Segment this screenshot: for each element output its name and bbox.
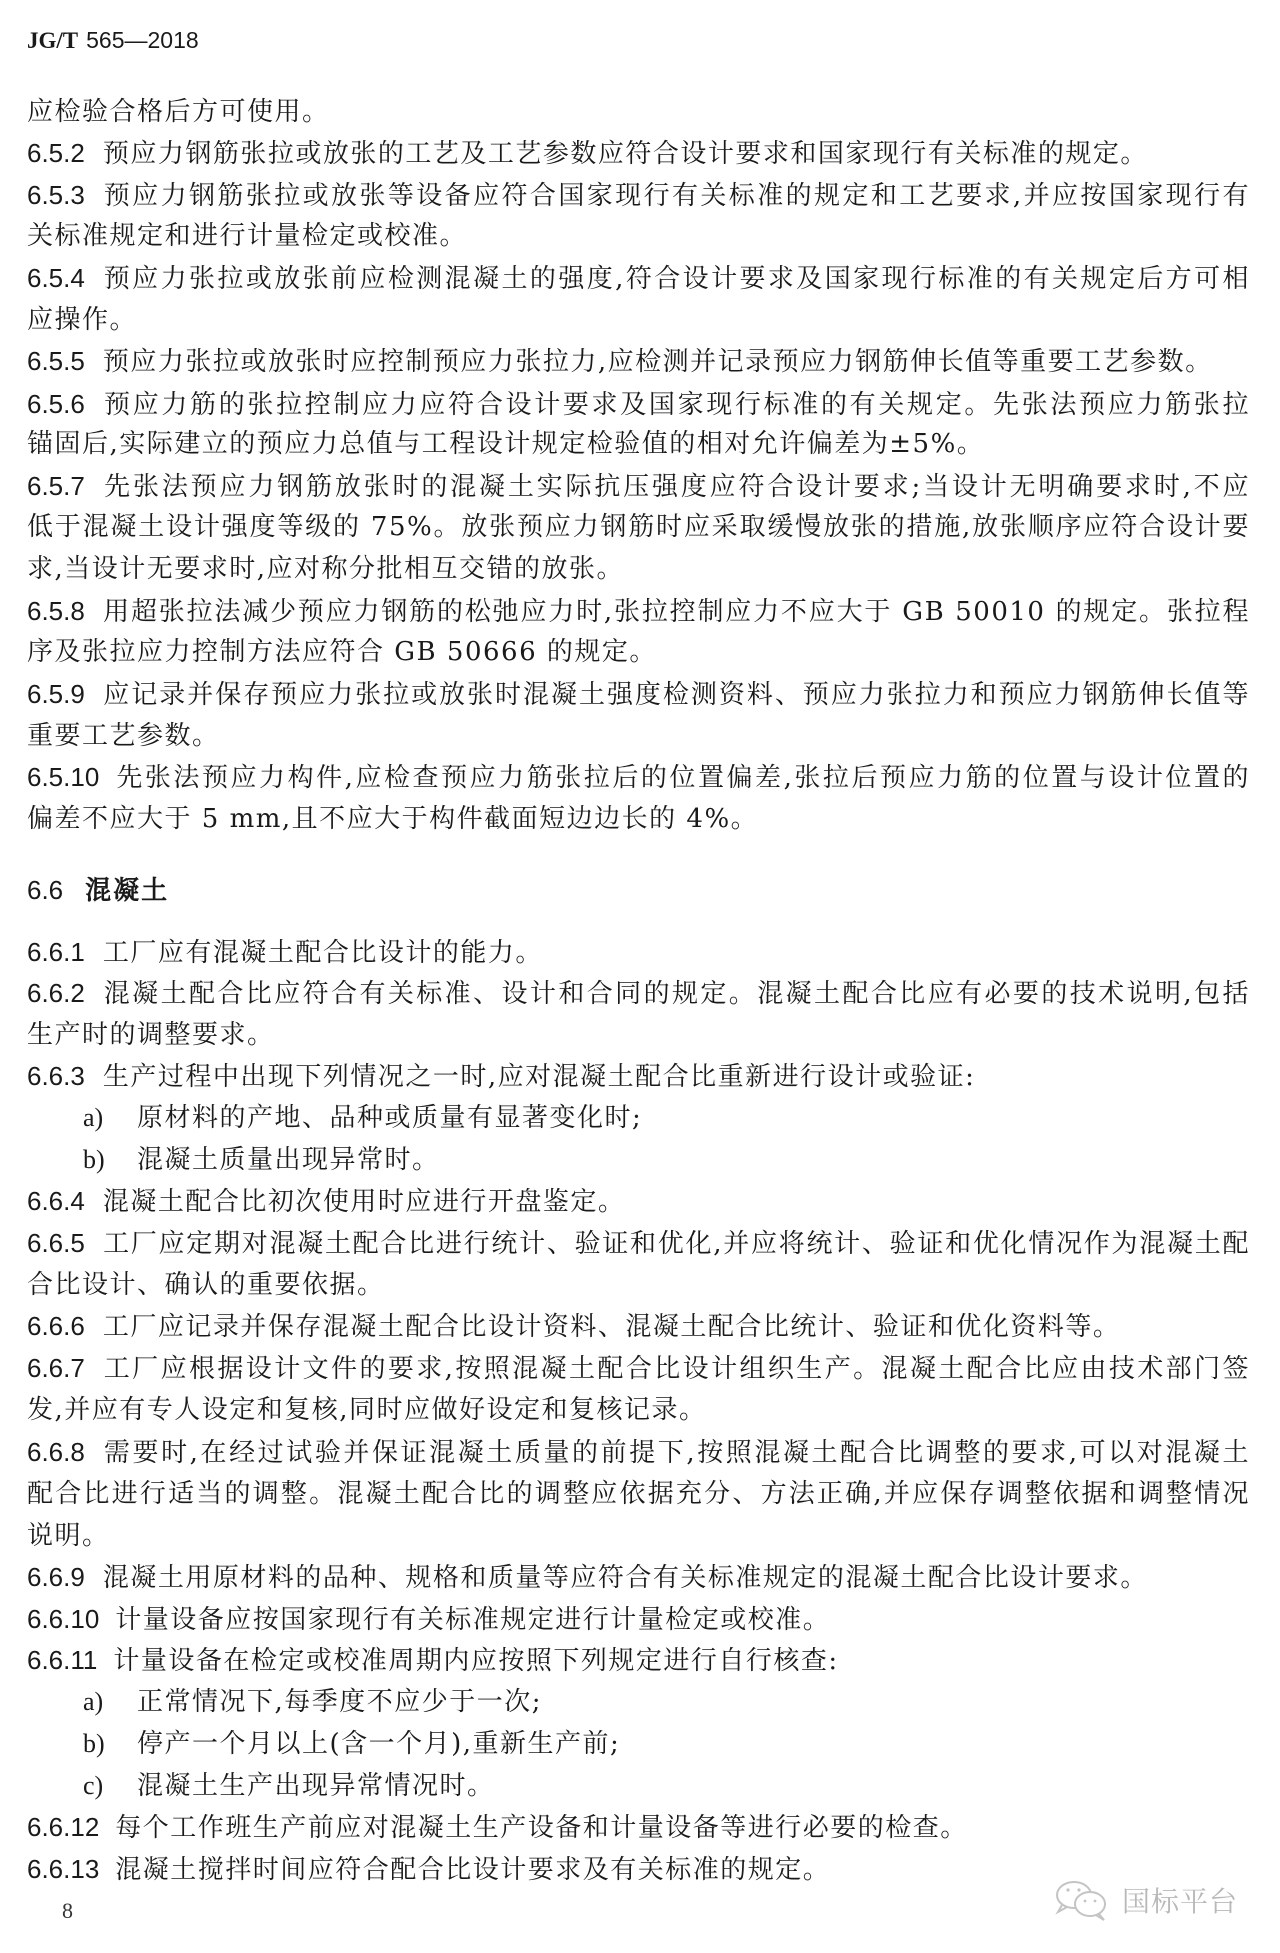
list-item-6-6-3-a: a)原材料的产地、品种或质量有显著变化时; (83, 1098, 642, 1138)
clause-number: 6.6.2 (27, 973, 85, 1013)
clause-text: 工厂应定期对混凝土配合比进行统计、验证和优化,并应将统计、验证和优化情况作为混凝… (103, 1229, 1250, 1259)
clause-number: 6.6.10 (27, 1599, 99, 1639)
clause-6-5-9: 6.5.9应记录并保存预应力张拉或放张时混凝土强度检测资料、预应力张拉力和预应力… (27, 674, 1250, 714)
clause-6-6-6: 6.6.6工厂应记录并保存混凝土配合比设计资料、混凝土配合比统计、验证和优化资料… (27, 1306, 1250, 1346)
clause-text: 工厂应有混凝土配合比设计的能力。 (103, 938, 543, 968)
section-heading-6-6: 6.6混凝土 (27, 870, 169, 911)
clause-text: 先张法预应力钢筋放张时的混凝土实际抗压强度应符合设计要求;当设计无明确要求时,不… (103, 472, 1250, 502)
clause-6-6-11: 6.6.11计量设备在检定或校准周期内应按照下列规定进行自行核查: (27, 1640, 1250, 1680)
clause-number: 6.5.4 (27, 258, 85, 298)
clause-number: 6.6.3 (27, 1056, 85, 1096)
list-item-6-6-11-c: c)混凝土生产出现异常情况时。 (83, 1766, 495, 1806)
clause-text: 配合比进行适当的调整。混凝土配合比的调整应依据充分、方法正确,并应保存调整依据和… (27, 1479, 1250, 1509)
section-title: 混凝土 (85, 876, 169, 906)
clause-number: 6.5.8 (27, 591, 85, 631)
list-marker: c) (83, 1766, 137, 1806)
clause-text: 预应力张拉或放张时应控制预应力张拉力,应检测并记录预应力钢筋伸长值等重要工艺参数… (103, 347, 1213, 377)
list-marker: a) (83, 1098, 137, 1138)
clause-number: 6.5.7 (27, 466, 85, 506)
clause-6-5-4-cont: 应操作。 (27, 300, 1250, 340)
clause-text: 合比设计、确认的重要依据。 (27, 1270, 385, 1300)
clause-text: 重要工艺参数。 (27, 721, 220, 751)
list-item-text: 原材料的产地、品种或质量有显著变化时; (137, 1103, 642, 1133)
clause-6-6-8-cont1: 配合比进行适当的调整。混凝土配合比的调整应依据充分、方法正确,并应保存调整依据和… (27, 1474, 1250, 1514)
list-item-text: 停产一个月以上(含一个月),重新生产前; (137, 1729, 620, 1759)
list-marker: b) (83, 1140, 137, 1180)
list-item-text: 混凝土质量出现异常时。 (137, 1145, 440, 1175)
list-item-text: 正常情况下,每季度不应少于一次; (137, 1687, 542, 1717)
clause-number: 6.6.7 (27, 1348, 85, 1388)
clause-number: 6.5.10 (27, 757, 99, 797)
section-number: 6.6 (27, 870, 63, 910)
clause-text: 混凝土搅拌时间应符合配合比设计要求及有关标准的规定。 (115, 1855, 830, 1885)
clause-6-5-6: 6.5.6预应力筋的张拉控制应力应符合设计要求及国家现行标准的有关规定。先张法预… (27, 384, 1250, 424)
clause-6-5-3-cont: 关标准规定和进行计量检定或校准。 (27, 216, 1250, 256)
clause-6-6-7-cont: 发,并应有专人设定和复核,同时应做好设定和复核记录。 (27, 1390, 1250, 1430)
clause-text: 偏差不应大于 5 mm,且不应大于构件截面短边边长的 4%。 (27, 804, 758, 834)
clause-number: 6.6.9 (27, 1557, 85, 1597)
line-text: 应检验合格后方可使用。 (27, 97, 330, 127)
clause-text: 求,当设计无要求时,应对称分批相互交错的放张。 (27, 554, 624, 584)
paragraph-line: 应检验合格后方可使用。 (27, 92, 1250, 132)
clause-number: 6.5.2 (27, 133, 85, 173)
clause-6-5-7: 6.5.7先张法预应力钢筋放张时的混凝土实际抗压强度应符合设计要求;当设计无明确… (27, 466, 1250, 506)
clause-text: 锚固后,实际建立的预应力总值与工程设计规定检验值的相对允许偏差为±5%。 (27, 429, 984, 459)
clause-6-6-4: 6.6.4混凝土配合比初次使用时应进行开盘鉴定。 (27, 1181, 1250, 1221)
clause-text: 预应力筋的张拉控制应力应符合设计要求及国家现行标准的有关规定。先张法预应力筋张拉 (103, 390, 1250, 420)
clause-text: 关标准规定和进行计量检定或校准。 (27, 221, 467, 251)
clause-text: 预应力张拉或放张前应检测混凝土的强度,符合设计要求及国家现行标准的有关规定后方可… (103, 264, 1250, 294)
clause-text: 应记录并保存预应力张拉或放张时混凝土强度检测资料、预应力张拉力和预应力钢筋伸长值… (103, 680, 1250, 710)
clause-number: 6.6.1 (27, 932, 85, 972)
standard-code: JG/T (27, 28, 78, 53)
page-number: 8 (62, 1896, 73, 1926)
clause-number: 6.6.4 (27, 1181, 85, 1221)
clause-number: 6.6.12 (27, 1807, 99, 1847)
clause-number: 6.6.5 (27, 1223, 85, 1263)
clause-number: 6.6.8 (27, 1432, 85, 1472)
clause-6-5-3: 6.5.3预应力钢筋张拉或放张等设备应符合国家现行有关标准的规定和工艺要求,并应… (27, 175, 1250, 215)
list-item-6-6-11-b: b)停产一个月以上(含一个月),重新生产前; (83, 1724, 620, 1764)
clause-6-5-4: 6.5.4预应力张拉或放张前应检测混凝土的强度,符合设计要求及国家现行标准的有关… (27, 258, 1250, 298)
clause-6-6-9: 6.6.9混凝土用原材料的品种、规格和质量等应符合有关标准规定的混凝土配合比设计… (27, 1557, 1250, 1597)
clause-6-6-1: 6.6.1工厂应有混凝土配合比设计的能力。 (27, 932, 1250, 972)
clause-6-5-5: 6.5.5预应力张拉或放张时应控制预应力张拉力,应检测并记录预应力钢筋伸长值等重… (27, 341, 1250, 381)
clause-text: 应操作。 (27, 305, 137, 335)
clause-6-5-10: 6.5.10先张法预应力构件,应检查预应力筋张拉后的位置偏差,张拉后预应力筋的位… (27, 757, 1250, 797)
clause-text: 生产过程中出现下列情况之一时,应对混凝土配合比重新进行设计或验证: (103, 1062, 976, 1092)
clause-text: 混凝土配合比应符合有关标准、设计和合同的规定。混凝土配合比应有必要的技术说明,包… (103, 979, 1250, 1009)
clause-text: 预应力钢筋张拉或放张的工艺及工艺参数应符合设计要求和国家现行有关标准的规定。 (103, 139, 1148, 169)
clause-number: 6.6.13 (27, 1849, 99, 1889)
clause-text: 工厂应记录并保存混凝土配合比设计资料、混凝土配合比统计、验证和优化资料等。 (103, 1312, 1121, 1342)
wechat-icon (1052, 1878, 1114, 1922)
clause-text: 用超张拉法减少预应力钢筋的松弛应力时,张拉控制应力不应大于 GB 50010 的… (103, 597, 1250, 627)
clause-text: 序及张拉应力控制方法应符合 GB 50666 的规定。 (27, 637, 657, 667)
clause-text: 说明。 (27, 1521, 110, 1551)
clause-6-6-8: 6.6.8需要时,在经过试验并保证混凝土质量的前提下,按照混凝土配合比调整的要求… (27, 1432, 1250, 1472)
clause-text: 混凝土配合比初次使用时应进行开盘鉴定。 (103, 1187, 626, 1217)
clause-6-5-10-cont: 偏差不应大于 5 mm,且不应大于构件截面短边边长的 4%。 (27, 799, 1250, 839)
list-marker: b) (83, 1724, 137, 1764)
clause-text: 计量设备应按国家现行有关标准规定进行计量检定或校准。 (115, 1605, 830, 1635)
clause-6-6-7: 6.6.7工厂应根据设计文件的要求,按照混凝土配合比设计组织生产。混凝土配合比应… (27, 1348, 1250, 1388)
clause-text: 预应力钢筋张拉或放张等设备应符合国家现行有关标准的规定和工艺要求,并应按国家现行… (103, 181, 1250, 211)
clause-number: 6.6.11 (27, 1640, 97, 1680)
list-item-6-6-11-a: a)正常情况下,每季度不应少于一次; (83, 1682, 542, 1722)
clause-6-5-8-cont: 序及张拉应力控制方法应符合 GB 50666 的规定。 (27, 632, 1250, 672)
clause-6-5-7-cont1: 低于混凝土设计强度等级的 75%。放张预应力钢筋时应采取缓慢放张的措施,放张顺序… (27, 507, 1250, 547)
clause-text: 低于混凝土设计强度等级的 75%。放张预应力钢筋时应采取缓慢放张的措施,放张顺序… (27, 512, 1250, 542)
clause-6-5-9-cont: 重要工艺参数。 (27, 716, 1250, 756)
clause-6-6-2-cont: 生产时的调整要求。 (27, 1015, 1250, 1055)
watermark-text: 国标平台 (1122, 1880, 1238, 1920)
clause-6-6-12: 6.6.12每个工作班生产前应对混凝土生产设备和计量设备等进行必要的检查。 (27, 1807, 1250, 1847)
clause-number: 6.5.3 (27, 175, 85, 215)
clause-text: 每个工作班生产前应对混凝土生产设备和计量设备等进行必要的检查。 (115, 1813, 968, 1843)
clause-text: 需要时,在经过试验并保证混凝土质量的前提下,按照混凝土配合比调整的要求,可以对混… (103, 1438, 1250, 1468)
watermark: 国标平台 (1052, 1878, 1238, 1922)
list-item-6-6-3-b: b)混凝土质量出现异常时。 (83, 1140, 440, 1180)
clause-number: 6.5.6 (27, 384, 85, 424)
list-marker: a) (83, 1682, 137, 1722)
clause-number: 6.6.6 (27, 1306, 85, 1346)
list-item-text: 混凝土生产出现异常情况时。 (137, 1771, 495, 1801)
clause-text: 计量设备在检定或校准周期内应按照下列规定进行自行核查: (113, 1646, 838, 1676)
clause-text: 发,并应有专人设定和复核,同时应做好设定和复核记录。 (27, 1395, 707, 1425)
clause-6-5-2: 6.5.2预应力钢筋张拉或放张的工艺及工艺参数应符合设计要求和国家现行有关标准的… (27, 133, 1250, 173)
clause-text: 工厂应根据设计文件的要求,按照混凝土配合比设计组织生产。混凝土配合比应由技术部门… (103, 1354, 1250, 1384)
clause-number: 6.5.9 (27, 674, 85, 714)
clause-text: 混凝土用原材料的品种、规格和质量等应符合有关标准规定的混凝土配合比设计要求。 (103, 1563, 1148, 1593)
clause-6-5-7-cont2: 求,当设计无要求时,应对称分批相互交错的放张。 (27, 549, 1250, 589)
clause-text: 生产时的调整要求。 (27, 1020, 275, 1050)
document-header: JG/T565—2018 (27, 24, 199, 57)
clause-6-6-8-cont2: 说明。 (27, 1516, 1250, 1556)
clause-6-5-8: 6.5.8用超张拉法减少预应力钢筋的松弛应力时,张拉控制应力不应大于 GB 50… (27, 591, 1250, 631)
clause-6-5-6-cont: 锚固后,实际建立的预应力总值与工程设计规定检验值的相对允许偏差为±5%。 (27, 424, 1250, 464)
clause-6-6-5-cont: 合比设计、确认的重要依据。 (27, 1265, 1250, 1305)
clause-text: 先张法预应力构件,应检查预应力筋张拉后的位置偏差,张拉后预应力筋的位置与设计位置… (115, 763, 1250, 793)
clause-6-6-2: 6.6.2混凝土配合比应符合有关标准、设计和合同的规定。混凝土配合比应有必要的技… (27, 973, 1250, 1013)
clause-6-6-10: 6.6.10计量设备应按国家现行有关标准规定进行计量检定或校准。 (27, 1599, 1250, 1639)
clause-6-6-3: 6.6.3生产过程中出现下列情况之一时,应对混凝土配合比重新进行设计或验证: (27, 1056, 1250, 1096)
clause-6-6-5: 6.6.5工厂应定期对混凝土配合比进行统计、验证和优化,并应将统计、验证和优化情… (27, 1223, 1250, 1263)
clause-number: 6.5.5 (27, 341, 85, 381)
standard-number: 565—2018 (86, 27, 199, 53)
